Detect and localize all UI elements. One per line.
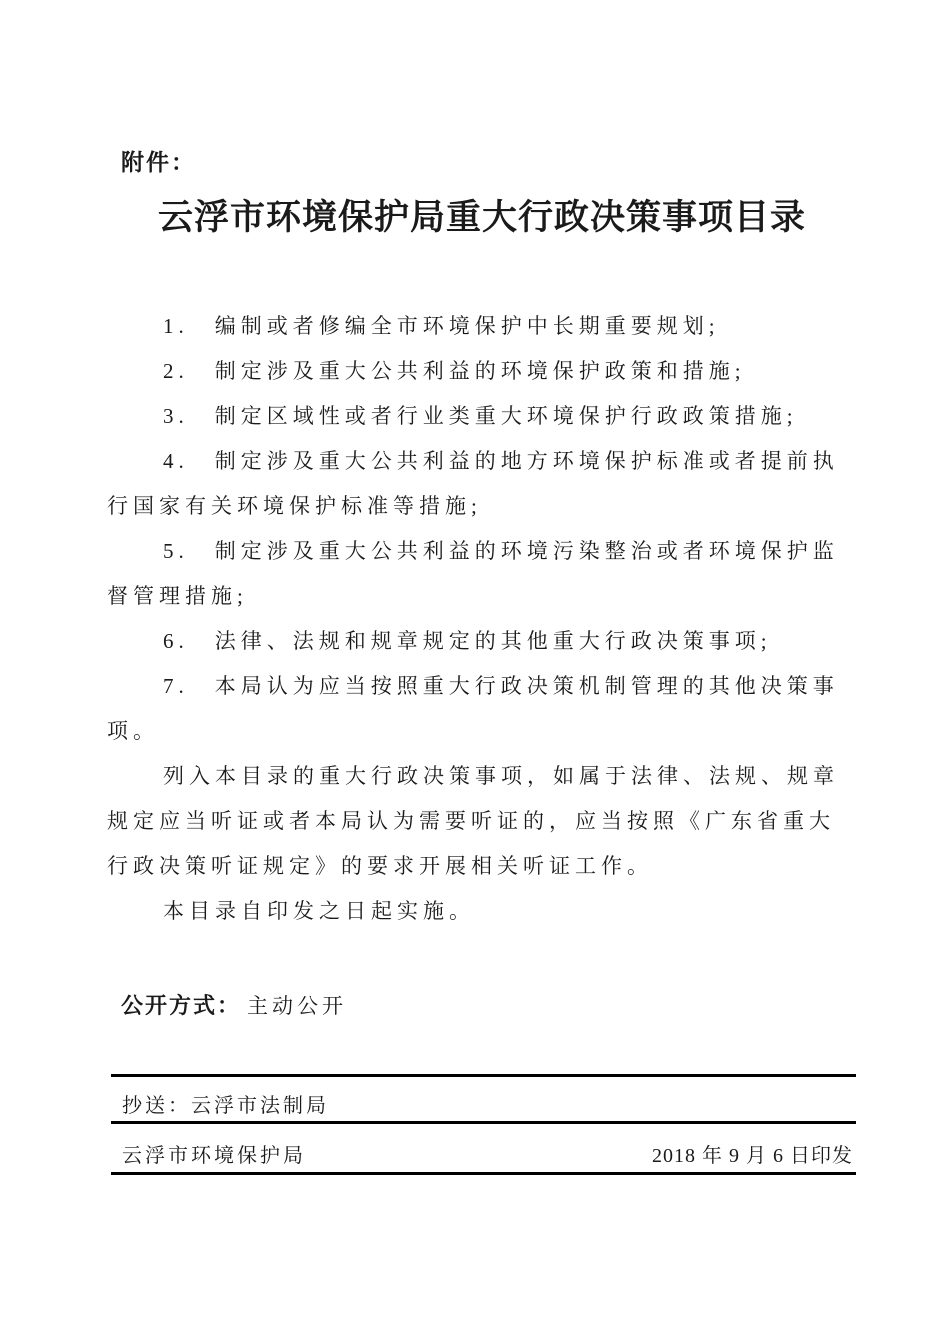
body-line-item-4-wrap: 行国家有关环境保护标准等措施; <box>107 484 855 529</box>
cc-value: 云浮市法制局 <box>191 1095 329 1117</box>
body-line-paragraph-hearing-3: 行政决策听证规定》的要求开展相关听证工作。 <box>107 844 855 889</box>
disclosure-label: 公开方式： <box>121 993 241 1018</box>
disclosure-row: 公开方式：主动公开 <box>121 989 347 1020</box>
footer-rule-middle <box>111 1121 856 1124</box>
disclosure-value: 主动公开 <box>247 994 347 1018</box>
body-line-paragraph-hearing-1: 列入本目录的重大行政决策事项，如属于法律、法规、规章 <box>107 754 855 799</box>
attachment-label: 附件： <box>121 144 196 177</box>
body-line-item-3: 3. 制定区域性或者行业类重大环境保护行政政策措施; <box>107 394 855 439</box>
document-page: 附件： 云浮市环境保护局重大行政决策事项目录 1. 编制或者修编全市环境保护中长… <box>0 0 950 1343</box>
body-line-item-5-wrap: 督管理措施; <box>107 574 855 619</box>
body-line-item-4: 4. 制定涉及重大公共利益的地方环境保护标准或者提前执 <box>107 439 855 484</box>
footer-rule-bottom <box>111 1172 856 1175</box>
issuer-name: 云浮市环境保护局 <box>122 1139 306 1168</box>
body-line-item-1: 1. 编制或者修编全市环境保护中长期重要规划; <box>107 304 855 349</box>
body-line-paragraph-hearing-2: 规定应当听证或者本局认为需要听证的，应当按照《广东省重大 <box>107 799 855 844</box>
body-line-item-2: 2. 制定涉及重大公共利益的环境保护政策和措施; <box>107 349 855 394</box>
issue-date: 2018 年 9 月 6 日印发 <box>652 1139 853 1168</box>
body-line-item-5: 5. 制定涉及重大公共利益的环境污染整治或者环境保护监 <box>107 529 855 574</box>
body-line-effective-date: 本目录自印发之日起实施。 <box>107 889 855 934</box>
body-line-item-6: 6. 法律、法规和规章规定的其他重大行政决策事项; <box>107 619 855 664</box>
issuer-row: 云浮市环境保护局 2018 年 9 月 6 日印发 <box>122 1139 853 1168</box>
cc-row: 抄送：云浮市法制局 <box>122 1089 329 1118</box>
document-body: 1. 编制或者修编全市环境保护中长期重要规划; 2. 制定涉及重大公共利益的环境… <box>107 304 855 934</box>
footer-rule-top <box>111 1074 856 1077</box>
cc-label: 抄送： <box>122 1095 191 1117</box>
document-title: 云浮市环境保护局重大行政决策事项目录 <box>14 190 950 240</box>
body-line-item-7-wrap: 项。 <box>107 709 855 754</box>
body-line-item-7: 7. 本局认为应当按照重大行政决策机制管理的其他决策事 <box>107 664 855 709</box>
